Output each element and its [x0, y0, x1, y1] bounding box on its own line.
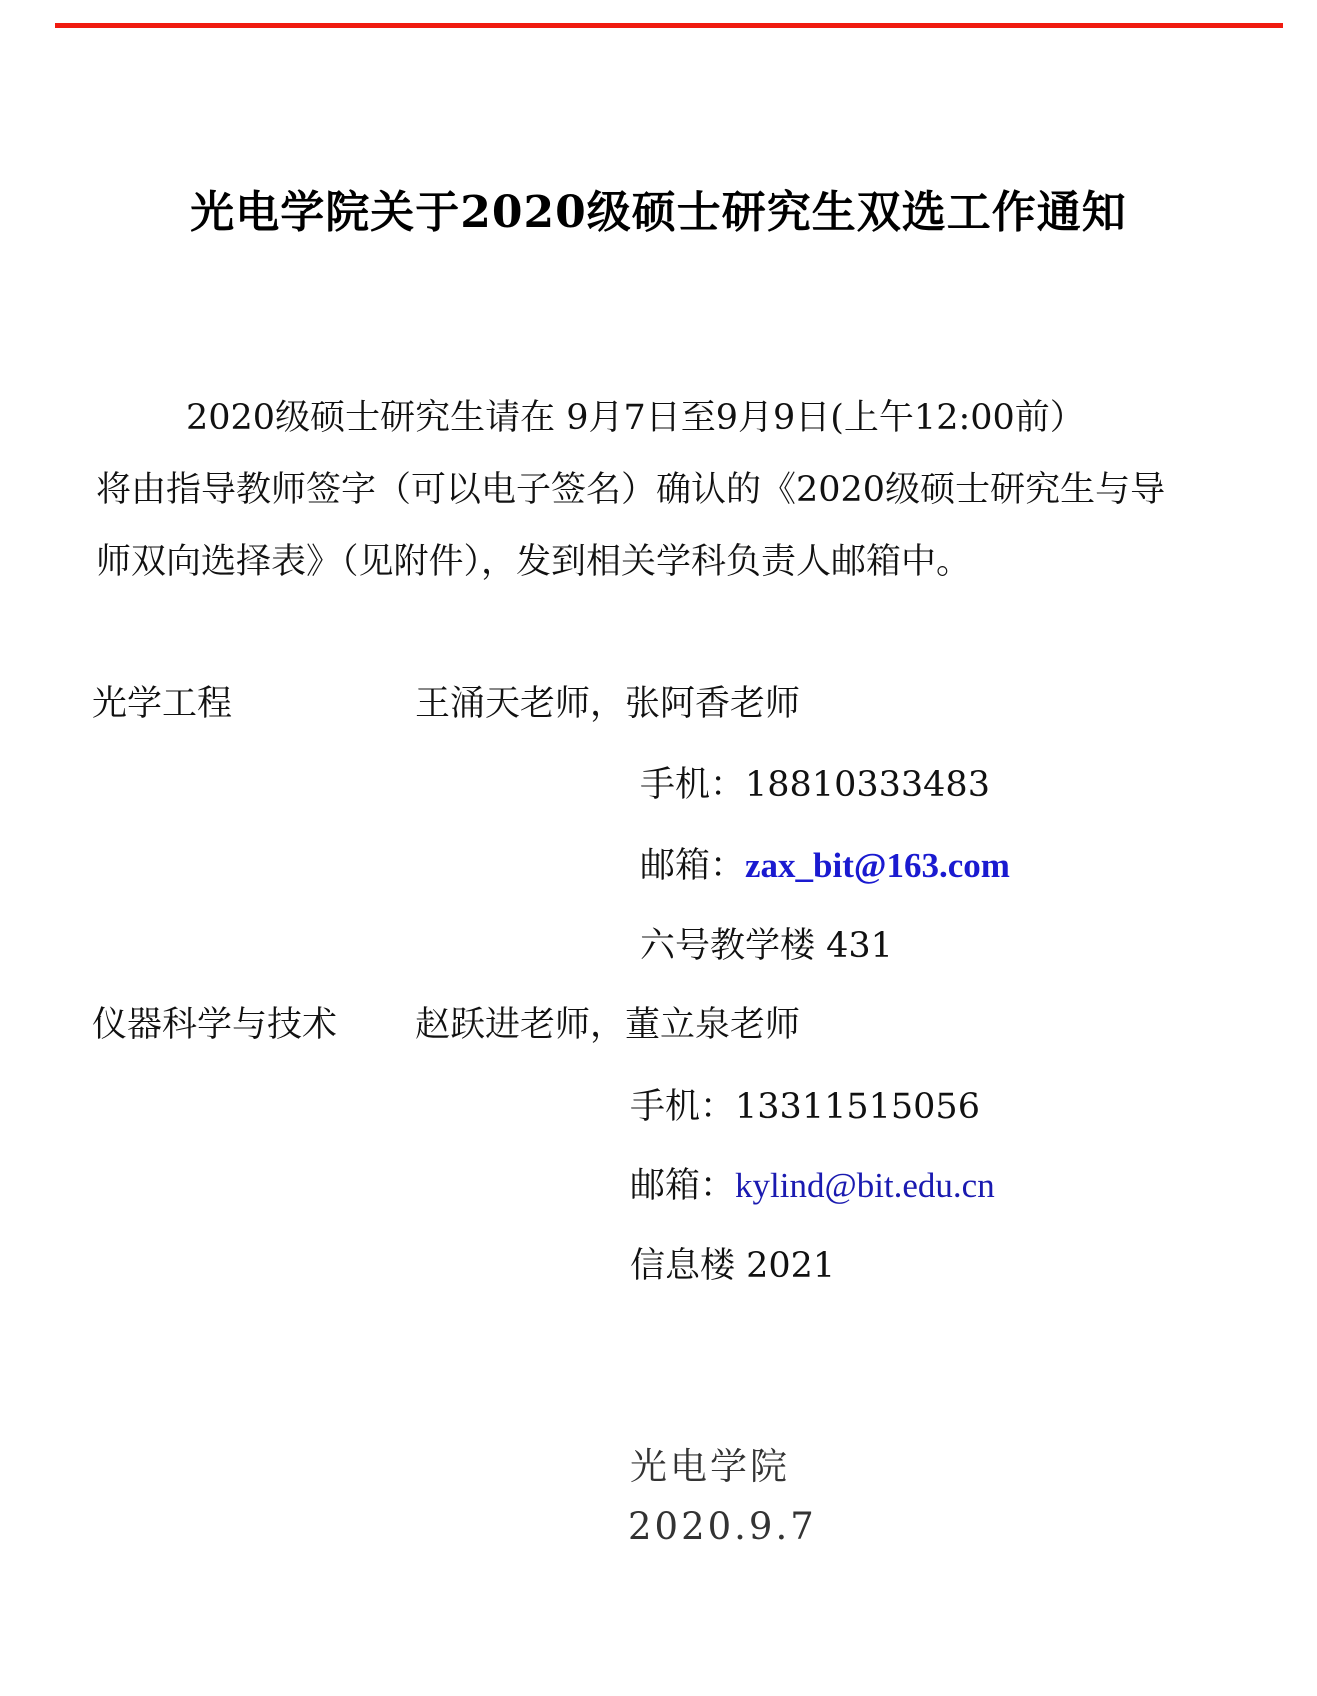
- email-label: 邮箱：: [640, 846, 745, 886]
- body-line-3: 师双向选择表》（见附件），发到相关学科负责人邮箱中。: [96, 526, 1256, 598]
- phone-label: 手机：: [630, 1087, 735, 1127]
- phone-optical-engineering: 手机：18810333483: [640, 757, 990, 807]
- body-line-2: 将由指导教师签字（可以电子签名）确认的《2020级硕士研究生与导: [96, 454, 1256, 526]
- email-link[interactable]: zax_bit@163.com: [745, 846, 1010, 885]
- email-instrument-science: 邮箱：kylind@bit.edu.cn: [630, 1158, 995, 1208]
- discipline-instrument-science: 仪器科学与技术: [92, 997, 337, 1047]
- document-title: 光电学院关于2020级硕士研究生双选工作通知: [0, 176, 1317, 240]
- email-label: 邮箱：: [630, 1166, 735, 1206]
- phone-number: 13311515056: [735, 1087, 980, 1127]
- office-instrument-science: 信息楼 2021: [630, 1238, 835, 1288]
- signature-date: 2020.9.7: [628, 1505, 817, 1548]
- email-optical-engineering: 邮箱：zax_bit@163.com: [640, 838, 1010, 888]
- teachers-optical-engineering: 王涌天老师，张阿香老师: [415, 676, 800, 726]
- phone-number: 18810333483: [745, 765, 990, 805]
- notice-body: 2020级硕士研究生请在 9月7日至9月9日(上午12:00前） 将由指导教师签…: [96, 382, 1256, 598]
- header-red-rule: [55, 23, 1283, 28]
- teachers-instrument-science: 赵跃进老师，董立泉老师: [415, 997, 800, 1047]
- body-line-1: 2020级硕士研究生请在 9月7日至9月9日(上午12:00前）: [96, 382, 1256, 454]
- office-optical-engineering: 六号教学楼 431: [640, 918, 893, 968]
- discipline-optical-engineering: 光学工程: [92, 676, 232, 726]
- signature-org: 光电学院: [630, 1436, 790, 1490]
- email-link[interactable]: kylind@bit.edu.cn: [735, 1166, 995, 1205]
- phone-label: 手机：: [640, 765, 745, 805]
- phone-instrument-science: 手机：13311515056: [630, 1079, 980, 1129]
